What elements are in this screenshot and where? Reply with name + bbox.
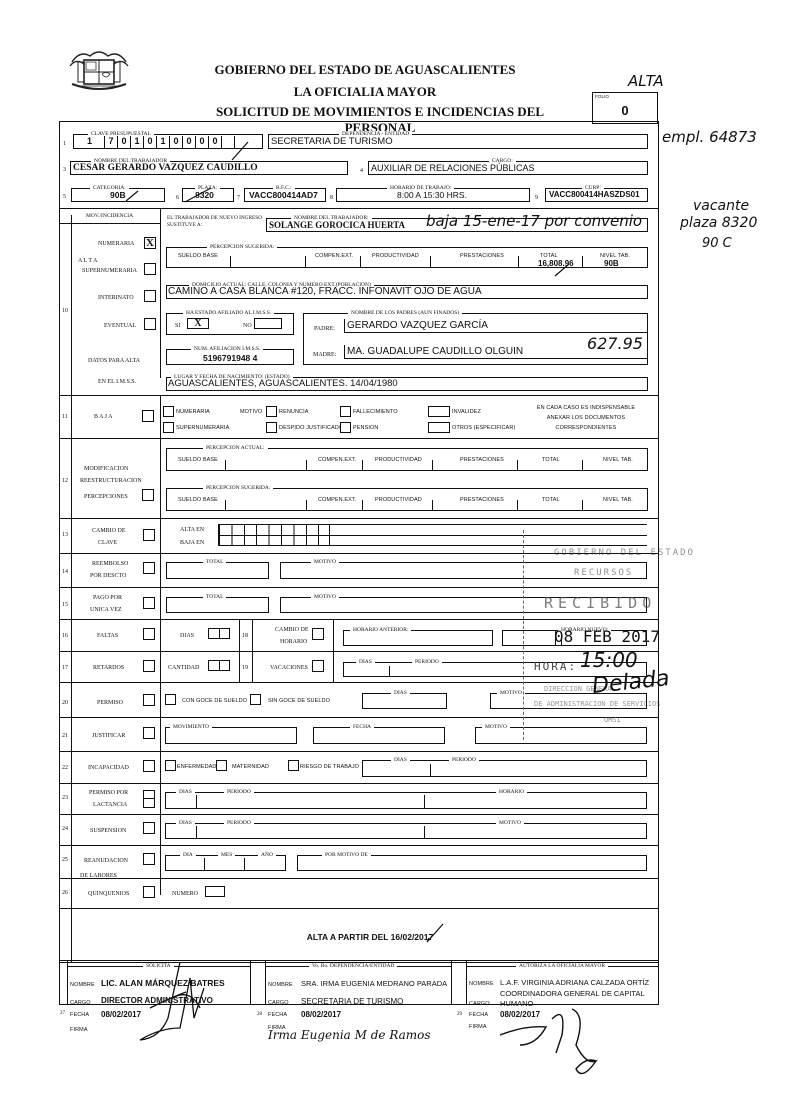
horario-value: 8:00 A 15:30 HRS. [397, 190, 467, 200]
header-title: GOBIERNO DEL ESTADO DE AGUASCALIENTES [200, 62, 530, 78]
row-number: 23 [62, 795, 68, 801]
option-label: EVENTUAL [104, 323, 136, 329]
divider [59, 223, 160, 224]
madre-label: MADRE: [313, 352, 336, 358]
row-number: 13 [62, 532, 68, 538]
riesgo-trabajo-checkbox[interactable] [288, 760, 299, 771]
col-divider [582, 500, 583, 511]
row-number: 12 [62, 478, 68, 484]
signature-scribble-autoriza [496, 1005, 606, 1085]
interinato-checkbox[interactable] [144, 290, 156, 302]
row-number: 27 [60, 1011, 65, 1016]
periodo-label: PERIODO [224, 789, 254, 795]
col-productividad: PRODUCTIVIDAD [375, 497, 422, 503]
row-number: 26 [62, 890, 68, 896]
received-stamp: GOBIERNO DEL ESTADO RECURSOS RECIBIDO 08… [523, 530, 723, 740]
cambio-clave-checkbox[interactable] [143, 529, 155, 541]
handwritten-plaza: plaza 8320 [680, 215, 757, 231]
dias-label: DIAS [391, 690, 410, 696]
col-divider [305, 256, 306, 268]
stamp-line: GOBIERNO DEL ESTADO [554, 548, 695, 558]
total-label: TOTAL [203, 594, 226, 600]
enfermedad-label: ENFERMEDAD [177, 764, 217, 770]
motivo-label: MOTIVO [496, 820, 524, 826]
dependencia-field[interactable]: DEPENDENCIA - ENTIDAD SECRETARIA DE TURI… [268, 134, 648, 149]
col-divider [517, 500, 518, 511]
percepcion-sugerida-label: PERCEPCION SUGERIDA: [207, 244, 277, 250]
total-label: TOTAL [203, 559, 226, 565]
col-divider [230, 256, 231, 268]
reestructuracion-label: REESTRUCTURACION [80, 478, 142, 484]
reembolso-label: REEMBOLSO [92, 561, 128, 567]
option-label: FALLECIMIENTO [353, 409, 398, 415]
baja-supernumeraria-checkbox[interactable] [163, 422, 174, 433]
divider [59, 845, 659, 846]
dias-label: DIAS [176, 789, 195, 795]
nombre-label: NOMBRE [70, 982, 95, 988]
suspension-label: SUSPENSION [90, 828, 126, 834]
row-number: 15 [62, 602, 68, 608]
col-divider [430, 256, 431, 268]
dias-label: DIAS [180, 633, 194, 639]
permiso-label: PERMISO [97, 700, 123, 706]
col-divider [432, 500, 433, 511]
vacaciones-checkbox[interactable] [312, 660, 324, 672]
col-prestaciones: PRESTACIONES [460, 253, 504, 259]
baja-note: ANEXAR LOS DOCUMENTOS [536, 415, 636, 421]
categoria-field[interactable]: CATEGORIA: 90B [71, 188, 165, 202]
handwritten-alta: ALTA [628, 72, 664, 90]
row-number: 11 [62, 414, 68, 420]
movimiento-label: MOVIMIENTO [170, 724, 212, 730]
baja-note: EN CADA CASO ES INDISPENSABLE [536, 405, 636, 411]
reanudacion-motivo-field[interactable]: POR MOTIVO DE [297, 855, 647, 871]
checkmark-icon [125, 190, 139, 202]
faltas-dias-field[interactable] [208, 628, 230, 639]
col-divider [225, 500, 226, 511]
alta-en-label: ALTA EN [180, 527, 204, 533]
justificar-checkbox[interactable] [143, 727, 155, 739]
domicilio-field[interactable]: DOMICILIO ACTUAL: CALLE, COLONIA Y NUMER… [166, 285, 648, 299]
dia-label: DIA [180, 852, 196, 858]
divider [59, 878, 659, 879]
col-divider [244, 858, 245, 871]
justificar-label: JUSTIFICAR [92, 733, 125, 739]
handwritten-hora: 15:00 [580, 648, 638, 672]
row-number: 28 [257, 1012, 262, 1017]
percepciones-label: PERCEPCIONES [84, 494, 128, 500]
pension-checkbox[interactable] [340, 422, 351, 433]
autoriza-nombre: L.A.F. VIRGINIA ADRIANA CALZADA ORTÍZ [500, 978, 649, 987]
divider [59, 518, 659, 519]
cargo-label: CARGO [469, 1001, 490, 1007]
afiliacion-label: NUM. AFILIACION I.M.S.S. [191, 346, 263, 352]
option-label: SUPERNUMERARIA [82, 268, 137, 274]
stamp-line: OMSI [604, 716, 621, 724]
modificacion-label: MODIFICACION [84, 466, 128, 472]
padres-label: NOMBRE DE LOS PADRES (AUN FINADOS) [348, 310, 462, 316]
reembolso-checkbox[interactable] [143, 562, 155, 574]
sin-goce-label: SIN GOCE DE SUELDO [268, 698, 330, 704]
nombre-label: NOMBRE [469, 981, 494, 987]
checkmark-icon [183, 186, 213, 204]
stamp-hora-label: HORA: [534, 660, 577, 673]
folio-label: FOLIO [595, 94, 609, 99]
handwritten-employee-number: empl. 64873 [662, 128, 757, 146]
checkmark-icon [230, 140, 250, 162]
col-total: TOTAL [542, 457, 560, 463]
stamp-recibido: RECIBIDO [544, 594, 656, 612]
riesgo-label: RIESGO DE TRABAJO [300, 764, 359, 770]
row-number: 14 [62, 569, 68, 575]
autoriza-title: AUTORIZA LA OFICIALIA MAYOR [516, 963, 608, 969]
folio-value: 0 [593, 103, 657, 118]
divider [59, 783, 659, 784]
checkmark-icon [554, 263, 570, 277]
row-number: 3 [63, 167, 66, 173]
col-productividad: PRODUCTIVIDAD [375, 457, 422, 463]
sustituto-nombre-value: SOLANGE GOROCICA HUERTA [269, 220, 405, 230]
cargo-label: CARGO [268, 1000, 289, 1006]
cambio-horario-label: HORARIO [280, 639, 307, 645]
col-divider [582, 256, 583, 268]
divider [59, 395, 659, 396]
baja-numeraria-checkbox[interactable] [163, 406, 174, 417]
baja-en-label: BAJA EN [180, 540, 204, 546]
enfermedad-checkbox[interactable] [165, 760, 176, 771]
nombre-value: CESAR GERARDO VAZQUEZ CAUDILLO [73, 163, 258, 173]
quinquenios-label: QUINQUENIOS [88, 891, 129, 897]
lactancia-checkbox[interactable] [143, 790, 155, 808]
fecha-label: FECHA [70, 1012, 89, 1018]
afiliacion-value: 5196791948 4 [203, 353, 257, 363]
reembolso-label: POR DESCTO [90, 573, 126, 579]
rfc-value: VACC800414AD7 [249, 190, 318, 200]
permiso-dias-field[interactable]: DIAS [362, 693, 447, 709]
handwritten-vacante: vacante [693, 198, 749, 214]
col-divider [306, 500, 307, 511]
domicilio-value: CAMINO A CASA BLANCA #120, FRACC. INFONA… [168, 286, 482, 297]
cambio-horario-checkbox[interactable] [312, 628, 324, 640]
stamp-line: RECURSOS [574, 568, 633, 578]
col-sueldo-base: SUELDO BASE [178, 253, 218, 259]
periodo-label: PERIODO [224, 820, 254, 826]
col-divider [360, 256, 361, 268]
pago-total-field[interactable]: TOTAL [166, 597, 269, 613]
col-productividad: PRODUCTIVIDAD [372, 253, 419, 259]
fallecimiento-checkbox[interactable] [340, 406, 351, 417]
row-number: 19 [242, 665, 248, 671]
clave-grid[interactable] [218, 524, 330, 546]
curp-field[interactable]: CURP: VACC800414HASZDS01 [545, 188, 648, 202]
imss-label: HA ESTADO AFILIADO AL I.M.S.S. [183, 310, 274, 316]
baja-checkbox[interactable] [142, 410, 154, 422]
cambio-clave-label: CAMBIO DE [92, 528, 126, 534]
col-divider [432, 460, 433, 471]
col-divider [160, 395, 161, 895]
lactancia-label: LACTANCIA [93, 802, 127, 808]
folio-box: FOLIO 0 [592, 92, 658, 124]
firma-label: FIRMA [70, 1027, 88, 1033]
motivo-label: MOTIVO [240, 409, 262, 415]
cargo-label: CARGO [70, 1000, 91, 1006]
col-divider [160, 208, 161, 378]
option-label: OTROS (ESPECIFICAR) [452, 425, 515, 431]
col-divider [430, 764, 431, 777]
divider [59, 438, 659, 439]
col-divider [424, 795, 425, 809]
numero-label: NUMERO [172, 891, 198, 897]
otros-checkbox[interactable] [428, 422, 450, 433]
row-number: 4 [360, 168, 363, 174]
option-label: INVALIDEZ [452, 409, 481, 415]
fecha-label: FECHA [469, 1012, 488, 1018]
firma-label: FIRMA [469, 1024, 487, 1030]
periodo-label: PERIODO [412, 659, 442, 665]
stamp-line: DE ADMINISTRACION DE SERVICIOS [534, 700, 660, 708]
col-divider [517, 460, 518, 471]
divider [59, 751, 659, 752]
handwritten-baja-note: baja 15-ene-17 por convenio [426, 212, 642, 230]
dias-label: DIAS [176, 820, 195, 826]
vobo-nombre: SRA. IRMA EUGENIA MEDRANO PARADA [301, 979, 447, 988]
col-compen-ext: COMPEN.EXT. [318, 457, 356, 463]
col-total: TOTAL [542, 497, 560, 503]
signature-handwriting-vobo: Irma Eugenia M de Ramos [268, 1028, 431, 1042]
col-divider [250, 960, 251, 1005]
option-label: RENUNCIA [279, 409, 309, 415]
percepcion-sugerida-2-label: PERCEPCION SUGERIDA: [203, 485, 273, 491]
col-sueldo-base: SUELDO BASE [178, 457, 218, 463]
option-label: SUPERNUMERARIA [176, 425, 229, 431]
fecha-label: FECHA [350, 724, 374, 730]
madre-value: MA. GUADALUPE CAUDILLO OLGUIN [347, 346, 523, 357]
nivel-value: 90B [604, 259, 619, 268]
con-goce-checkbox[interactable] [165, 694, 176, 705]
cantidad-label: CANTIDAD [168, 665, 199, 671]
option-label: DESPIDO JUSTIFICADO [279, 425, 343, 431]
col-nivel-tab: NIVEL TAB. [603, 497, 633, 503]
reembolso-total-field[interactable]: TOTAL [166, 562, 269, 579]
dias-label: DIAS [391, 757, 410, 763]
permiso-checkbox[interactable] [143, 694, 155, 706]
horario-anterior-label: HORARIO ANTERIOR: [350, 627, 411, 633]
justificar-movimiento-field[interactable]: MOVIMIENTO [165, 727, 297, 744]
incapacidad-label: INCAPACIDAD [88, 765, 129, 771]
row-number: 10 [62, 308, 68, 314]
coat-of-arms-logo [66, 48, 132, 92]
nacimiento-value: AGUASCALIENTES, AGUASCALIENTES. 14/04/19… [168, 378, 398, 389]
retardos-label: RETARDOS [93, 665, 124, 671]
row-number: 6 [176, 195, 179, 201]
en-imss-label: EN EL I.M.S.S. [98, 379, 136, 385]
si-label: SI [175, 323, 180, 329]
option-label: PENSION [353, 425, 378, 431]
retardos-cantidad-field[interactable] [208, 660, 230, 671]
despido-checkbox[interactable] [266, 422, 277, 433]
divider [59, 908, 659, 909]
retardos-checkbox[interactable] [143, 660, 155, 672]
row-number: 25 [62, 857, 68, 863]
col-divider [196, 826, 197, 839]
no-label: NO [243, 323, 252, 329]
vobo-fecha: 08/02/2017 [301, 1010, 341, 1019]
row-number: 8 [330, 195, 333, 201]
motivo-label: POR MOTIVO DE [322, 852, 371, 858]
col-divider [204, 858, 205, 871]
motivo-label: MOTIVO [311, 594, 339, 600]
col-divider [306, 460, 307, 471]
quinquenios-checkbox[interactable] [143, 886, 155, 898]
padre-field[interactable]: GERARDO VAZQUEZ GARCÍA [344, 319, 648, 333]
nacimiento-field[interactable]: LUGAR Y FECHA DE NACIMIENTO: (ESTADO) AG… [166, 377, 648, 391]
maternidad-checkbox[interactable] [216, 760, 227, 771]
renuncia-checkbox[interactable] [266, 406, 277, 417]
header-subtitle: LA OFICIALIA MAYOR [200, 84, 530, 100]
cambio-clave-label: CLAVE [98, 540, 117, 546]
percepcion-actual-label: PERCEPCION ACTUAL: [203, 445, 268, 451]
row-number: 24 [62, 826, 68, 832]
padre-value: GERARDO VAZQUEZ GARCÍA [347, 320, 488, 331]
imss-no-checkbox[interactable] [254, 318, 282, 329]
categoria-value: 90B [110, 190, 126, 200]
rfc-field[interactable]: R.F.C.: VACC800414AD7 [244, 188, 326, 202]
nombre-trabajador-field[interactable]: NOMBRE DEL TRABAJADOR CESAR GERARDO VAZQ… [70, 161, 348, 175]
sustituye-label: EL TRABAJADOR DE NUEVO INGRESO SUSTITUYE… [167, 215, 267, 229]
pago-unica-checkbox[interactable] [143, 597, 155, 609]
lactancia-field[interactable]: DIAS PERIODO HORARIO [165, 792, 647, 809]
eventual-checkbox[interactable] [144, 318, 156, 330]
col-divider [362, 460, 363, 471]
col-divider [389, 666, 390, 677]
afiliacion-field[interactable]: NUM. AFILIACION I.M.S.S. 5196791948 4 [166, 349, 294, 365]
row-number: 18 [242, 633, 248, 639]
divider [59, 208, 659, 209]
suspension-checkbox[interactable] [143, 822, 155, 834]
clave-digits: 1 7 0 1 0 1 0 0 0 0 [75, 136, 248, 148]
faltas-label: FALTAS [97, 633, 118, 639]
col-divider [424, 826, 425, 839]
faltas-checkbox[interactable] [143, 628, 155, 640]
divider [59, 814, 659, 815]
datos-alta-label: DATOS PARA ALTA [88, 358, 140, 364]
col-divider [225, 460, 226, 471]
vacaciones-label: VACACIONES [270, 665, 308, 671]
sin-goce-checkbox[interactable] [250, 694, 261, 705]
alta-label: A L T A [78, 258, 97, 264]
justificar-fecha-field[interactable]: FECHA [313, 727, 445, 744]
handwritten-amount: 627.95 [587, 334, 643, 353]
invalidez-checkbox[interactable] [428, 406, 450, 417]
col-prestaciones: PRESTACIONES [460, 457, 504, 463]
checkmark-icon [425, 922, 445, 944]
lactancia-label: PERMISO POR [89, 790, 128, 796]
motivo-label: MOTIVO [482, 724, 510, 730]
supernumeraria-checkbox[interactable] [144, 263, 156, 275]
reanudacion-fecha-field[interactable]: DIA MES AÑO [165, 855, 286, 871]
maternidad-label: MATERNIDAD [232, 764, 269, 770]
row-number: 22 [62, 765, 68, 771]
suspension-field[interactable]: DIAS PERIODO MOTIVO [165, 823, 647, 839]
col-divider [451, 960, 452, 1005]
quinquenios-numero-field[interactable] [205, 886, 225, 897]
dias-label: DIAS [356, 659, 375, 665]
nombre-label: NOMBRE [268, 982, 293, 988]
mov-incidencia-header: MOV./INCIDENCIA [86, 213, 133, 219]
numeraria-checkbox[interactable]: X [144, 237, 156, 249]
signature-scribble-solicita [120, 958, 210, 1050]
option-label: NUMERARIA [176, 409, 210, 415]
col-divider [362, 500, 363, 511]
con-goce-label: CON GOCE DE SUELDO [182, 698, 247, 704]
horario-anterior-field[interactable]: HORARIO ANTERIOR: [343, 630, 493, 646]
motivo-label: MOTIVO [311, 559, 339, 565]
row-number: 21 [62, 733, 68, 739]
modificacion-checkbox[interactable] [142, 489, 154, 501]
reanudacion-checkbox[interactable] [143, 853, 155, 865]
periodo-label: PERIODO [449, 757, 479, 763]
col-divider [582, 460, 583, 471]
stamp-date: 08 FEB 2017 [554, 627, 660, 646]
ano-label: AÑO [258, 852, 276, 858]
fecha-label: FECHA [268, 1012, 287, 1018]
row-number: 20 [62, 700, 68, 706]
mes-label: MES [218, 852, 235, 858]
col-divider [196, 795, 197, 809]
horario-label: HORARIO [496, 789, 527, 795]
horario-field[interactable]: HORARIO DE TRABAJO: 8:00 A 15:30 HRS. [336, 188, 530, 202]
pago-unica-label: PAGO POR [93, 595, 122, 601]
incapacidad-periodo-field[interactable]: DIAS PERIODO [362, 760, 647, 777]
coat-of-arms-icon [66, 48, 132, 92]
cargo-value: AUXILIAR DE RELACIONES PÚBLICAS [371, 163, 535, 173]
col-sueldo-base: SUELDO BASE [178, 497, 218, 503]
row-number: 5 [63, 194, 66, 200]
option-label: NUMERARIA [98, 241, 134, 247]
cambio-horario-label: CAMBIO DE [275, 627, 309, 633]
option-label: INTERINATO [98, 295, 134, 301]
reanudacion-label: REANUDACION [84, 858, 128, 864]
row-number: 16 [62, 633, 68, 639]
row-number: 7 [237, 195, 240, 201]
cargo-field[interactable]: CARGO: AUXILIAR DE RELACIONES PÚBLICAS [368, 161, 648, 175]
row-number: 9 [535, 195, 538, 201]
baja-label: B A J A [94, 414, 113, 420]
observaciones-text: ALTA A PARTIR DEL 16/02/2017 [200, 932, 540, 942]
col-compen-ext: COMPEN.EXT. [318, 497, 356, 503]
handwritten-nivel: 90 C [702, 236, 732, 251]
row-number: 1 [63, 141, 66, 147]
row-number: 17 [62, 665, 68, 671]
vobo-cargo: SECRETARIA DE TURISMO [301, 997, 403, 1006]
imss-si-checkbox[interactable]: X [187, 318, 209, 329]
dependencia-value: SECRETARIA DE TURISMO [271, 136, 393, 147]
incapacidad-checkbox[interactable] [143, 760, 155, 772]
baja-note: CORRESPONDIENTES [536, 425, 636, 431]
col-prestaciones: PRESTACIONES [460, 497, 504, 503]
row-number: 29 [457, 1012, 462, 1017]
motivo-label: MOTIVO [497, 690, 525, 696]
curp-value: VACC800414HASZDS01 [549, 190, 640, 199]
col-divider [518, 256, 519, 268]
padre-label: PADRE: [314, 326, 335, 332]
col-nivel-tab: NIVEL TAB. [603, 457, 633, 463]
vobo-title: Vo. Bo. DEPENDENCIA/ENTIDAD [309, 963, 397, 969]
rownum-divider [71, 215, 72, 963]
pago-unica-label: UNICA VEZ [90, 607, 122, 613]
col-compen-ext: COMPEN.EXT. [315, 253, 353, 259]
